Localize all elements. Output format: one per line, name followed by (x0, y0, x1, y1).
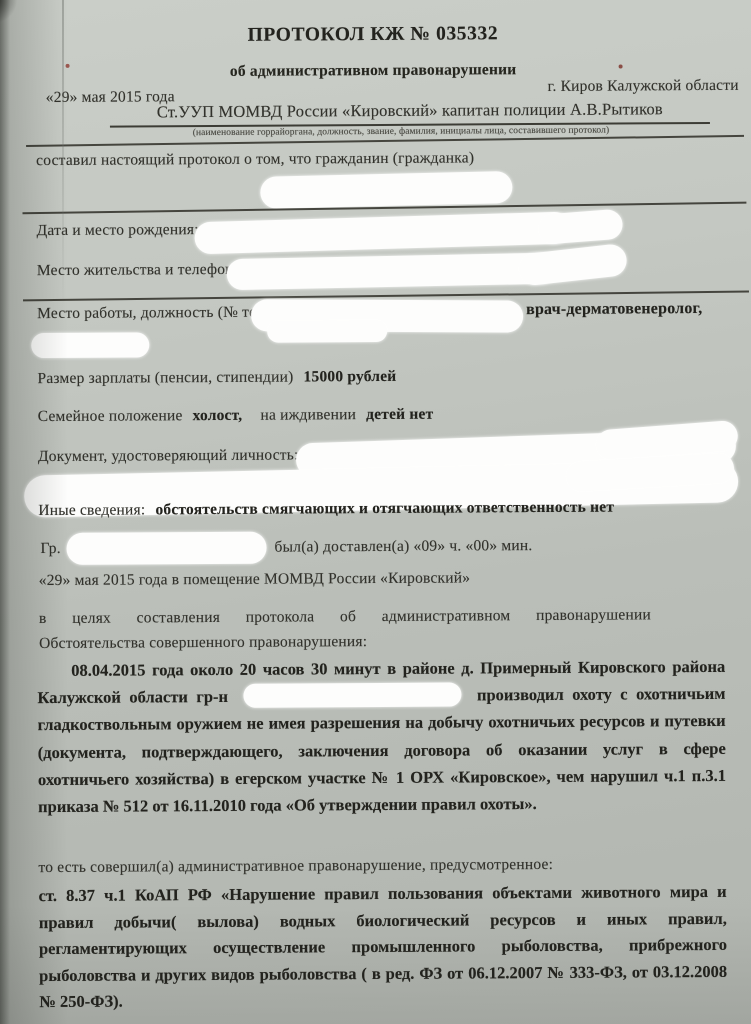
qualification-paragraph: ст. 8.37 ч.1 КоАП РФ «Нарушение правил п… (39, 879, 728, 1016)
redaction-mark (267, 320, 387, 343)
purpose-line: в целях составления протокола об админис… (39, 606, 651, 628)
ink-speck (66, 64, 70, 68)
redaction-mark (66, 532, 266, 565)
id-doc-label: Документ, удостоверяющий личность: (38, 446, 299, 466)
page-title: ПРОТОКОЛ КЖ № 035332 (0, 22, 748, 49)
redaction-mark (194, 212, 571, 255)
family-line: Семейное положение холост, на иждивении … (38, 406, 434, 426)
offense-paragraph: 08.04.2015 года около 20 часов 30 минут … (37, 653, 726, 820)
other-info-label: Иные сведения: (38, 501, 145, 519)
officer-line: Ст.УУП МОМВД России «Кировский» капитан … (110, 99, 710, 128)
salary-label: Размер зарплаты (пенсии, стипендии) (37, 368, 293, 387)
redaction-mark (260, 171, 513, 209)
residence-label: Место жительства и телефон: (37, 261, 238, 280)
dependents-value: детей нет (366, 406, 433, 423)
circumstances-label: Обстоятельства совершенного правонарушен… (39, 633, 367, 653)
other-info-line: Иные сведения: обстоятельств смягчающих … (38, 499, 614, 521)
composed-line: составил настоящий протокол о том, что г… (36, 149, 474, 170)
family-value: холост, (193, 407, 243, 424)
document-page: ПРОТОКОЛ КЖ № 035332 об административном… (0, 0, 751, 1024)
document-photo: ПРОТОКОЛ КЖ № 035332 об административном… (0, 0, 751, 1024)
premises-line: «29» мая 2015 года в помещение МОМВД Рос… (39, 569, 471, 590)
salary-line: Размер зарплаты (пенсии, стипендии) 1500… (37, 368, 396, 388)
salary-value: 15000 рублей (303, 368, 396, 386)
redaction-mark (31, 332, 149, 358)
citizen-label: Гр. (40, 540, 60, 558)
other-info-value: обстоятельств смягчающих и отягчающих от… (155, 499, 614, 519)
qualification-intro: то есть совершил(а) административное пра… (38, 856, 553, 877)
work-label: Место работы, должность (№ тел.) (37, 304, 274, 323)
dependents-label: на иждивении (260, 406, 356, 424)
birth-label: Дата и место рождения: (37, 221, 199, 240)
redaction-mark (517, 243, 628, 287)
redaction-mark (538, 209, 624, 245)
ink-speck (619, 64, 623, 68)
delivered-text: был(а) доставлен(а) «09» ч. «00» мин. (274, 537, 532, 557)
redaction-mark (227, 253, 558, 291)
work-value: врач-дерматовенеролог, (526, 300, 702, 319)
redaction-mark (243, 683, 461, 708)
family-label: Семейное положение (38, 407, 183, 425)
city-line: г. Киров Калужской области (548, 77, 739, 96)
